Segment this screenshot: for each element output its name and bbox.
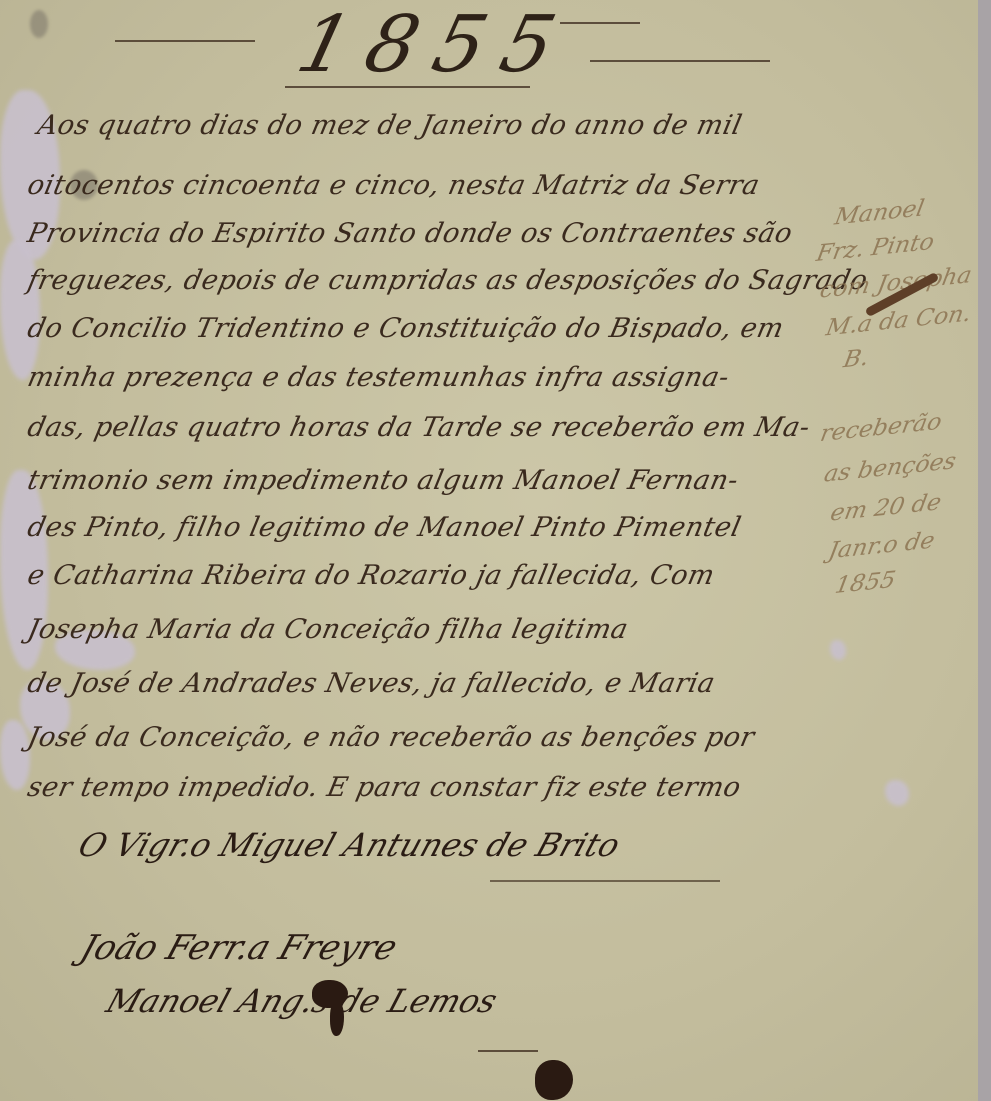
margin-note-blessing: receberão as benções em 20 de Janr.o de … (818, 415, 978, 605)
document-year: 1855 (289, 0, 571, 90)
body-line: trimonio sem impedimento algum Manoel Fe… (25, 465, 742, 496)
body-line: Josepha Maria da Conceição filha legitim… (25, 614, 631, 645)
body-line: das, pellas quatro horas da Tarde se rec… (25, 412, 813, 443)
officiant-signature: O Vigr.o Miguel Antunes de Brito (74, 826, 625, 864)
body-line: Provincia do Espirito Santo donde os Con… (25, 218, 796, 249)
margin-line: 1855 (833, 567, 898, 599)
body-line: des Pinto, filho legitimo de Manoel Pint… (25, 512, 744, 543)
body-line: José da Conceição, e não receberão as be… (25, 722, 758, 753)
margin-line: receberão (818, 409, 944, 447)
paper-damage (885, 780, 909, 806)
signature-flourish (490, 880, 720, 882)
margin-line: M.a da Con. (824, 301, 973, 342)
body-line: minha prezença e das testemunhas infra a… (25, 362, 732, 393)
paper-damage (830, 640, 846, 660)
stain (30, 10, 48, 38)
witness-signature: Manoel Ang.s de Lemos (102, 982, 502, 1020)
body-line: freguezes, depois de cumpridas as despos… (25, 265, 871, 296)
body-line: Aos quatro dias do mez de Janeiro do ann… (35, 110, 745, 141)
margin-line: Frz. Pinto (814, 229, 936, 267)
body-line: ser tempo impedido. E para constar fiz e… (25, 772, 744, 803)
margin-line: Manoel (833, 196, 927, 231)
body-line: oitocentos cincoenta e cinco, nesta Matr… (25, 170, 763, 201)
witness-signature: João Ferr.a Freyre (76, 928, 403, 968)
margin-line: Janr.o de (826, 528, 936, 565)
background-edge (978, 0, 991, 1101)
margin-line: as benções (822, 448, 958, 487)
header-rule-left (115, 40, 255, 42)
body-line: de José de Andrades Neves, ja fallecido,… (25, 668, 718, 699)
margin-line: em 20 de (828, 489, 943, 526)
header-rule-right (590, 60, 770, 62)
ink-trail (478, 1050, 538, 1052)
body-line: e Catharina Ribeira do Rozario ja fallec… (25, 560, 718, 591)
margin-line: B. (841, 345, 871, 373)
body-line: do Concilio Tridentino e Constituição do… (25, 313, 787, 344)
